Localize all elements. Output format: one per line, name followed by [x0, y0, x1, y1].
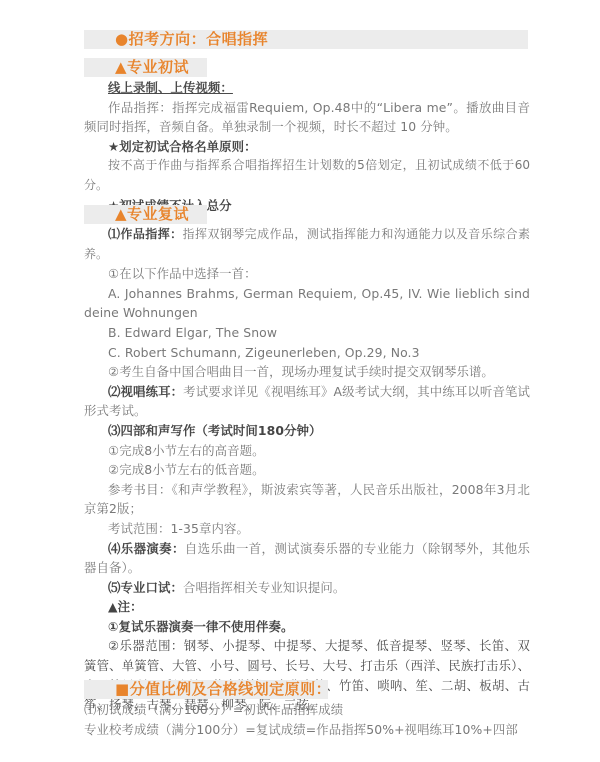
retest-item-3: ⑶四部和声写作（考试时间180分钟）	[84, 421, 530, 441]
item-3-sub-1: ①完成8小节左右的高音题。	[84, 441, 530, 461]
score-line-1: ⑴初试成绩（满分100分）=初试作品指挥成绩	[84, 700, 530, 720]
main-heading-label: 招考方向：合唱指挥	[129, 30, 269, 48]
item-3-sub-2: ②完成8小节左右的低音题。	[84, 460, 530, 480]
work-option-a: A. Johannes Brahms, German Requiem, Op.4…	[84, 284, 530, 323]
score-line-2: 专业校考成绩（满分100分）=复试成绩=作品指挥50%+视唱练耳10%+四部	[84, 720, 530, 740]
retest-item-2: ⑵视唱练耳：考试要求详见《视唱练耳》A级考试大纲，其中练耳以听音笔试形式考试。	[84, 382, 530, 421]
section-retest-body: ⑴作品指挥：指挥双钢琴完成作品，测试指挥能力和沟通能力以及音乐综合素养。 ①在以…	[84, 225, 530, 715]
qualify-rule-title: ★划定初试合格名单原则：	[84, 137, 530, 157]
note-title: ▲注：	[84, 597, 530, 617]
main-heading: ●招考方向：合唱指挥	[84, 30, 528, 49]
note-1: ①复试乐器演奏一律不使用伴奏。	[84, 617, 530, 637]
section-score-body: ⑴初试成绩（满分100分）=初试作品指挥成绩 专业校考成绩（满分100分）=复试…	[84, 700, 530, 739]
item-1-label: ⑴作品指挥：	[108, 227, 183, 241]
work-conduct-text: 作品指挥：指挥完成福雷Requiem, Op.48中的“Libera me”。播…	[84, 98, 530, 137]
retest-item-5: ⑸专业口试：合唱指挥相关专业知识提问。	[84, 578, 530, 598]
item-4-label: ⑷乐器演奏：	[108, 541, 185, 556]
item-5-text: 合唱指挥相关专业知识提问。	[183, 580, 345, 595]
item-1-sub-1: ①在以下作品中选择一首：	[84, 264, 530, 284]
bullet-icon: ●	[115, 30, 129, 48]
online-label-line: 线上录制、上传视频：	[84, 78, 530, 98]
section-initial-exam-body: 线上录制、上传视频： 作品指挥：指挥完成福雷Requiem, Op.48中的“L…	[84, 78, 530, 215]
work-option-b: B. Edward Elgar, The Snow	[84, 323, 530, 343]
item-3-scope: 考试范围：1-35章内容。	[84, 519, 530, 539]
section-heading-retest: ▲专业复试	[84, 205, 207, 224]
section-heading-score-ratio: ■分值比例及合格线划定原则：	[84, 680, 328, 699]
item-3-reference: 参考书目：《和声学教程》，斯波索宾等著，人民音乐出版社，2008年3月北京第2版…	[84, 480, 530, 519]
item-5-label: ⑸专业口试：	[108, 580, 183, 595]
online-recording-label: 线上录制、上传视频：	[108, 80, 233, 95]
work-option-c: C. Robert Schumann, Zigeunerleben, Op.29…	[84, 343, 530, 363]
item-2-label: ⑵视唱练耳：	[108, 384, 183, 399]
section-heading-initial-exam: ▲专业初试	[84, 58, 207, 77]
qualify-rule-text: 按不高于作曲与指挥系合唱指挥招生计划数的5倍划定，且初试成绩不低于60分。	[84, 156, 530, 195]
item-1-sub-2: ②考生自备中国合唱曲目一首，现场办理复试手续时提交双钢琴乐谱。	[84, 362, 530, 382]
retest-item-4: ⑷乐器演奏：自选乐曲一首，测试演奏乐器的专业能力（除钢琴外，其他乐器自备）。	[84, 539, 530, 578]
retest-item-1: ⑴作品指挥：指挥双钢琴完成作品，测试指挥能力和沟通能力以及音乐综合素养。	[84, 225, 530, 264]
